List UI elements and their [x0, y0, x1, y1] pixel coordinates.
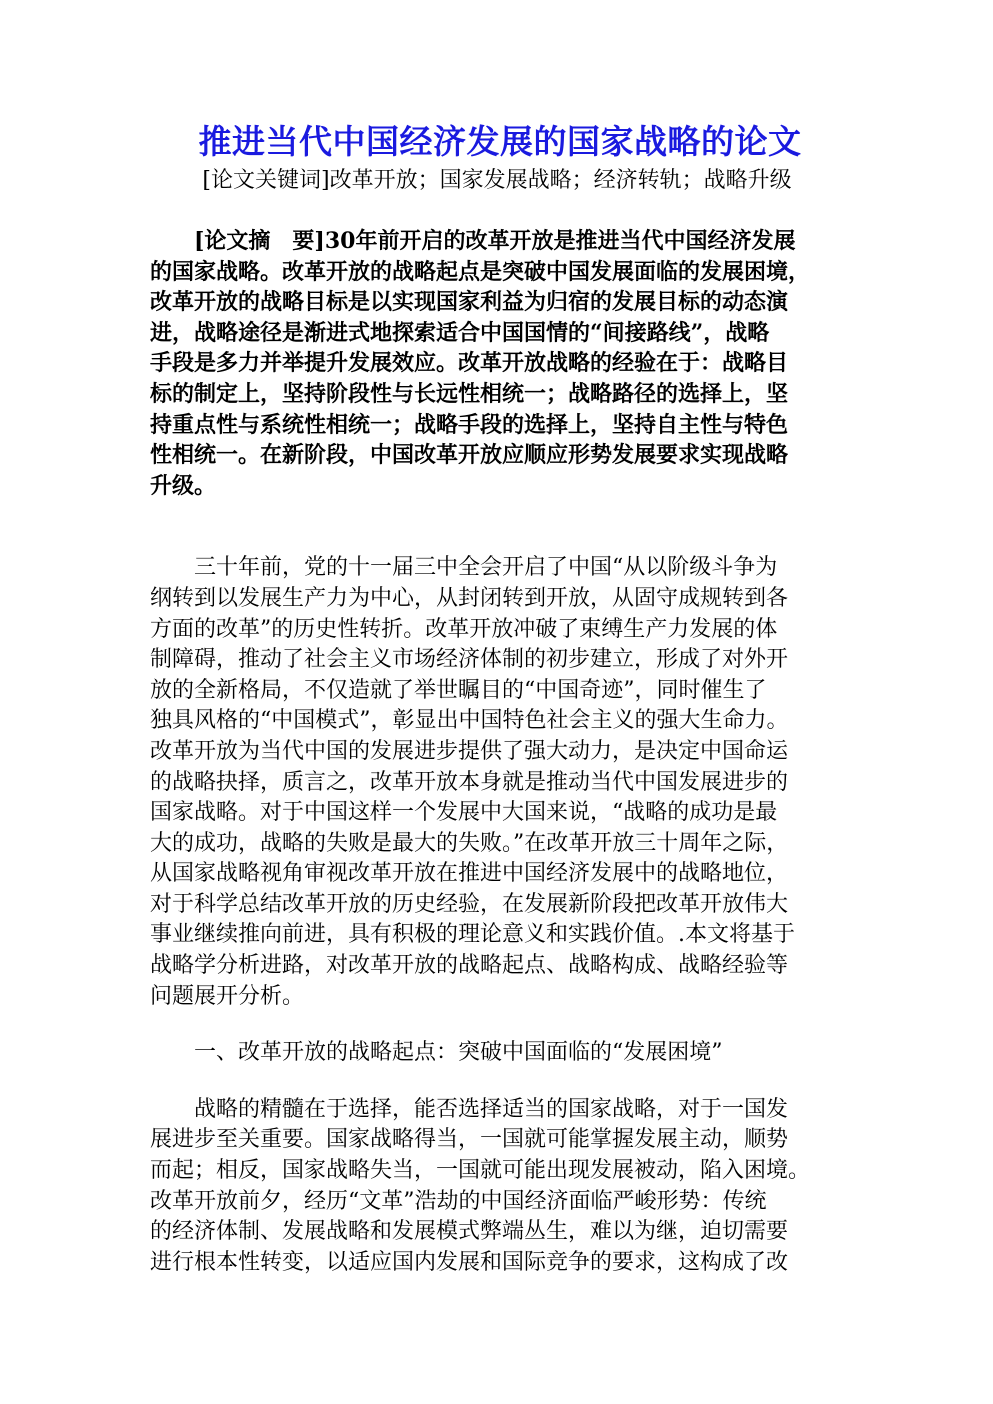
paragraph-line: 而起；相反，国家战略失当，一国就可能出现发展被动，陷入困境。 [150, 1156, 832, 1187]
spacer [150, 501, 832, 549]
paragraph-line: 独具风格的“中国模式”，彰显出中国特色社会主义的强大生命力。 [150, 706, 832, 737]
paragraph-line: 国家战略。对于中国这样一个发展中大国来说，“战略的成功是最 [150, 798, 832, 829]
abstract-line: 升级。 [150, 471, 832, 502]
section-heading: 一、改革开放的战略起点：突破中国面临的“发展困境” [150, 1038, 832, 1069]
abstract-line: 改革开放的战略目标是以实现国家利益为归宿的发展目标的动态演 [150, 287, 832, 318]
abstract-line: 30年前开启的改革开放是推进当代中国经济发展 [325, 228, 796, 254]
paragraph-line: 展进步至关重要。国家战略得当，一国就可能掌握发展主动，顺势 [150, 1125, 832, 1156]
paragraph-line: 战略的精髓在于选择，能否选择适当的国家战略，对于一国发 [150, 1095, 832, 1126]
paragraph-line: 改革开放为当代中国的发展进步提供了强大动力，是决定中国命运 [150, 737, 832, 768]
abstract-line: 进，战略途径是渐进式地探索适合中国国情的“间接路线”，战略 [150, 318, 832, 349]
paragraph-line: 问题展开分析。 [150, 982, 832, 1013]
paragraph-line: 三十年前，党的十一届三中全会开启了中国“从以阶级斗争为 [150, 553, 832, 584]
abstract-label: [论文摘 要] [194, 228, 325, 254]
abstract-line: 持重点性与系统性相统一；战略手段的选择上，坚持自主性与特色 [150, 410, 832, 441]
document-title: 推进当代中国经济发展的国家战略的论文 [150, 118, 832, 166]
paragraph-line: 进行根本性转变，以适应国内发展和国际竞争的要求，这构成了改 [150, 1248, 832, 1279]
paragraph-line: 的经济体制、发展战略和发展模式弊端丛生，难以为继，迫切需要 [150, 1217, 832, 1248]
abstract-line: 手段是多力并举提升发展效应。改革开放战略的经验在于：战略目 [150, 348, 832, 379]
abstract-line: 标的制定上，坚持阶段性与长远性相统一；战略路径的选择上，坚 [150, 379, 832, 410]
section-heading-block: 一、改革开放的战略起点：突破中国面临的“发展困境” [150, 1038, 832, 1069]
paragraph-line: 的战略抉择，质言之，改革开放本身就是推动当代中国发展进步的 [150, 768, 832, 799]
section-1-paragraph: 战略的精髓在于选择，能否选择适当的国家战略，对于一国发 展进步至关重要。国家战略… [150, 1095, 832, 1279]
paragraph-line: 纲转到以发展生产力为中心，从封闭转到开放，从固守成规转到各 [150, 584, 832, 615]
paragraph-line: 对于科学总结改革开放的历史经验，在发展新阶段把改革开放伟大 [150, 890, 832, 921]
abstract-first-line: [论文摘 要]30年前开启的改革开放是推进当代中国经济发展 [150, 226, 832, 257]
paragraph-line: 事业继续推向前进，具有积极的理论意义和实践价值。.本文将基于 [150, 920, 832, 951]
abstract-line: 性相统一。在新阶段，中国改革开放应顺应形势发展要求实现战略 [150, 440, 832, 471]
paragraph-line: 战略学分析进路，对改革开放的战略起点、战略构成、战略经验等 [150, 951, 832, 982]
paragraph-line: 从国家战略视角审视改革开放在推进中国经济发展中的战略地位， [150, 859, 832, 890]
paragraph-line: 改革开放前夕，经历“文革”浩劫的中国经济面临严峻形势：传统 [150, 1187, 832, 1218]
paragraph-line: 放的全新格局，不仅造就了举世瞩目的“中国奇迹”，同时催生了 [150, 676, 832, 707]
intro-paragraph: 三十年前，党的十一届三中全会开启了中国“从以阶级斗争为 纲转到以发展生产力为中心… [150, 553, 832, 1012]
abstract-line: 的国家战略。改革开放的战略起点是突破中国发展面临的发展困境， [150, 257, 832, 288]
paragraph-line: 制障碍，推动了社会主义市场经济体制的初步建立，形成了对外开 [150, 645, 832, 676]
abstract-block: [论文摘 要]30年前开启的改革开放是推进当代中国经济发展 的国家战略。改革开放… [150, 226, 832, 501]
keywords-line: [论文关键词]改革开放；国家发展战略；经济转轨；战略升级 [150, 166, 832, 196]
paragraph-line: 方面的改革”的历史性转折。改革开放冲破了束缚生产力发展的体 [150, 615, 832, 646]
document-page: 推进当代中国经济发展的国家战略的论文 [论文关键词]改革开放；国家发展战略；经济… [150, 118, 832, 1278]
paragraph-line: 大的成功，战略的失败是最大的失败。”在改革开放三十周年之际， [150, 829, 832, 860]
